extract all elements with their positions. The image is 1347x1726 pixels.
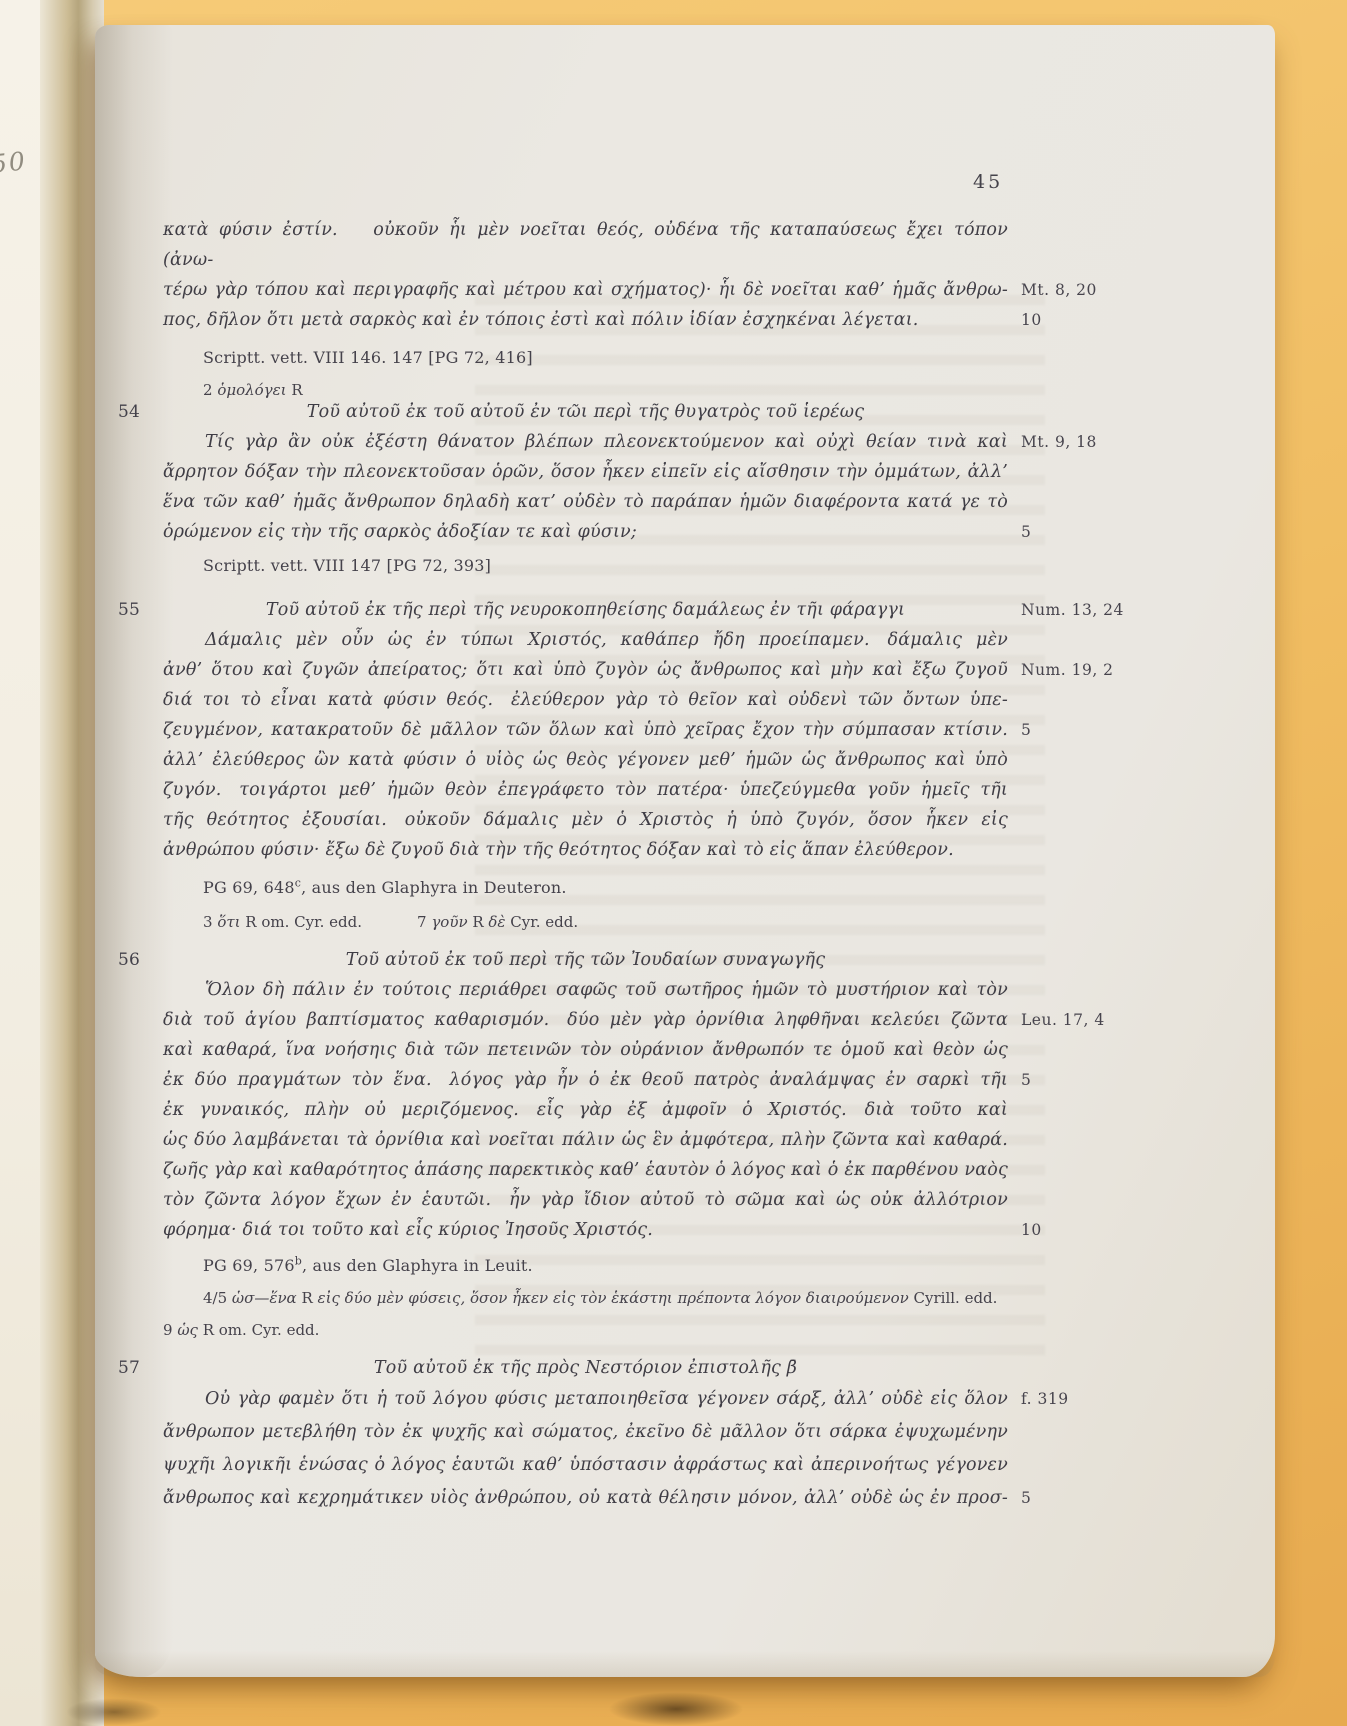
text-line: ἄνθρωπον μετεβλήθη τὸν ἐκ ψυχῆς καὶ σώμα… [163, 1416, 1008, 1449]
line-text: Οὐ γὰρ φαμὲν ὅτι ἡ τοῦ λόγου φύσις μεταπ… [205, 1389, 1008, 1409]
line-text: ἄρρητον δόξαν τὴν πλεονεκτοῦσαν ὁρῶν, ὅσ… [163, 462, 1008, 482]
text-line: ἀνθρώπου φύσιν· ἔξω δὲ ζυγοῦ διὰ τὴν τῆς… [163, 835, 1008, 865]
text-block: 54Τοῦ αὐτοῦ ἐκ τοῦ αὐτοῦ ἐν τῶι περὶ τῆς… [163, 397, 1008, 581]
source-citation: PG 69, 576b, aus den Glaphyra in Leuit. [163, 1251, 1008, 1281]
text-segment: Cyrill. edd. [914, 1289, 998, 1307]
text-segment: , aus den Glaphyra in Leuit. [302, 1256, 533, 1275]
text-line: τέρω γὰρ τόπου καὶ περιγραφῆς καὶ μέτρου… [163, 275, 1008, 305]
fragment-heading: 57Τοῦ αὐτοῦ ἐκ τῆς πρὸς Νεστόριον ἐπιστο… [163, 1353, 1008, 1383]
text-segment: Cyr. edd. [510, 913, 578, 931]
text-line: κατὰ φύσιν ἐστίν. οὐκοῦν ἧι μὲν νοεῖται … [163, 215, 1008, 275]
line-text: ἐκ δύο πραγμάτων τὸν ἕνα. λόγος γὰρ ἦν ὁ… [163, 1070, 1008, 1090]
backdrop-shadow-mark [608, 1692, 744, 1726]
margin-reference: Num. 19, 2 [1021, 655, 1151, 685]
source-citation: Scriptt. vett. VIII 147 [PG 72, 393] [163, 551, 1008, 581]
fragment-heading: 54Τοῦ αὐτοῦ ἐκ τοῦ αὐτοῦ ἐν τῶι περὶ τῆς… [163, 397, 1008, 427]
text-line: διὰ τοῦ ἁγίου βαπτίσματος καθαρισμόν. δύ… [163, 1005, 1008, 1035]
text-segment: εἰς δύο μὲν φύσεις, ὅσον ἧκεν εἰς τὸν ἑκ… [318, 1289, 914, 1307]
line-text: ψυχῆι λογικῆι ἑνώσας ὁ λόγος ἑαυτῶι καθ’… [163, 1455, 1008, 1475]
line-text: Ὅλον δὴ πάλιν ἐν τούτοις περιάθρει σαφῶς… [205, 980, 1008, 1000]
apparatus-line: 4/5 ὡσ—ἕνα R εἰς δύο μὲν φύσεις, ὅσον ἧκ… [163, 1283, 1008, 1313]
line-text: πος, δῆλον ὅτι μετὰ σαρκὸς καὶ ἐν τόποις… [163, 310, 919, 330]
fragment-number: 56 [118, 945, 140, 975]
line-text: ζευγμένον, κατακρατοῦν δὲ μᾶλλον τῶν ὅλω… [163, 720, 1008, 740]
line-text: τῆς θεότητος ἐξουσίαι. οὐκοῦν δάμαλις μὲ… [163, 810, 1008, 830]
line-text: ἄνθρωπος καὶ κεχρημάτικεν υἱὸς ἀνθρώπου,… [163, 1488, 1008, 1508]
text-segment: , aus den Glaphyra in Deuteron. [301, 878, 567, 897]
facing-page-number: 50 [0, 146, 28, 179]
line-text: ἐκ γυναικός, πλὴν οὐ μεριζόμενος. εἷς γὰ… [163, 1100, 1008, 1120]
text-segment: γοῦν [431, 913, 472, 931]
text-line: Ὅλον δὴ πάλιν ἐν τούτοις περιάθρει σαφῶς… [163, 975, 1008, 1005]
line-text: ἀνθ’ ὅτου καὶ ζυγῶν ἀπείρατος; ὅτι καὶ ὑ… [163, 660, 1008, 680]
line-text: τέρω γὰρ τόπου καὶ περιγραφῆς καὶ μέτρου… [163, 280, 1008, 300]
text-segment: R om. Cyr. edd. [203, 1321, 320, 1339]
line-text: ἀνθρώπου φύσιν· ἔξω δὲ ζυγοῦ διὰ τὴν τῆς… [163, 840, 954, 860]
fragment-heading-text: Τοῦ αὐτοῦ ἐκ τῆς πρὸς Νεστόριον ἐπιστολῆ… [374, 1358, 797, 1378]
line-text: καὶ καθαρά, ἵνα νοήσηις διὰ τῶν πετεινῶν… [163, 1040, 1008, 1060]
text-line: τὸν ζῶντα λόγον ἔχων ἐν ἑαυτῶι. ἦν γὰρ ἴ… [163, 1185, 1008, 1215]
book-page: 45 κατὰ φύσιν ἐστίν. οὐκοῦν ἧι μὲν νοεῖτ… [95, 25, 1275, 1677]
backdrop-shadow-mark [66, 1698, 162, 1726]
text-line: φόρημα· διά τοι τοῦτο καὶ εἷς κύριος Ἰησ… [163, 1215, 1008, 1245]
line-text: τὸν ζῶντα λόγον ἔχων ἐν ἑαυτῶι. ἦν γὰρ ἴ… [163, 1190, 1008, 1210]
margin-reference: 5 [1021, 1482, 1151, 1515]
text-line: ἐκ γυναικός, πλὴν οὐ μεριζόμενος. εἷς γὰ… [163, 1095, 1008, 1125]
line-text: ἄνθρωπον μετεβλήθη τὸν ἐκ ψυχῆς καὶ σώμα… [163, 1422, 1008, 1442]
text-segment: 3 [203, 913, 217, 931]
superscript-letter: b [295, 1255, 302, 1268]
line-text: ἕνα τῶν καθ’ ἡμᾶς ἄνθρωπον δηλαδὴ κατ’ ο… [163, 492, 1008, 512]
text-content: κατὰ φύσιν ἐστίν. οὐκοῦν ἧι μὲν νοεῖται … [163, 215, 1008, 1515]
text-line: Οὐ γὰρ φαμὲν ὅτι ἡ τοῦ λόγου φύσις μεταπ… [163, 1383, 1008, 1416]
text-line: ἐκ δύο πραγμάτων τὸν ἕνα. λόγος γὰρ ἦν ὁ… [163, 1065, 1008, 1095]
page-number: 45 [973, 171, 1003, 193]
margin-reference: 5 [1021, 1065, 1151, 1095]
text-segment: Scriptt. vett. VIII 146. 147 [PG 72, 416… [203, 348, 533, 367]
source-citation: Scriptt. vett. VIII 146. 147 [PG 72, 416… [163, 343, 1008, 373]
text-line: ὁρώμενον εἰς τὴν τῆς σαρκὸς ἀδοξίαν τε κ… [163, 517, 1008, 547]
margin-reference: 10 [1021, 1215, 1151, 1245]
text-segment: ὡσ—ἕνα [232, 1289, 302, 1307]
apparatus-line: 3 ὅτι R om. Cyr. edd.7 γοῦν R δὲ Cyr. ed… [163, 907, 1008, 937]
line-text: διά τοι τὸ εἶναι κατὰ φύσιν θεός. ἐλεύθε… [163, 690, 1008, 710]
margin-reference: 10 [1021, 305, 1151, 335]
fragment-heading: 56Τοῦ αὐτοῦ ἐκ τοῦ περὶ τῆς τῶν Ἰουδαίων… [163, 945, 1008, 975]
text-segment: ὅτι [217, 913, 245, 931]
text-segment: 9 [163, 1321, 177, 1339]
text-segment: R om. Cyr. edd. [245, 913, 362, 931]
fragment-number: 55 [118, 595, 140, 625]
line-text: ζωῆς γὰρ καὶ καθαρότητος ἁπάσης παρεκτικ… [163, 1160, 1008, 1180]
margin-reference: Num. 13, 24 [1021, 595, 1151, 625]
text-line: ζυγόν. τοιγάρτοι μεθ’ ἡμῶν θεὸν ἐπεγράφε… [163, 775, 1008, 805]
margin-reference: 5 [1021, 517, 1151, 547]
margin-reference: f. 319 [1021, 1383, 1151, 1416]
text-segment: R [472, 913, 488, 931]
margin-reference: Leu. 17, 4 [1021, 1005, 1151, 1035]
text-line: ζευγμένον, κατακρατοῦν δὲ μᾶλλον τῶν ὅλω… [163, 715, 1008, 745]
text-line: ὡς δύο λαμβάνεται τὰ ὀρνίθια καὶ νοεῖται… [163, 1125, 1008, 1155]
fragment-heading-text: Τοῦ αὐτοῦ ἐκ τοῦ περὶ τῆς τῶν Ἰουδαίων σ… [346, 950, 826, 970]
fragment-number: 54 [118, 397, 140, 427]
text-line: ψυχῆι λογικῆι ἑνώσας ὁ λόγος ἑαυτῶι καθ’… [163, 1449, 1008, 1482]
apparatus-entry: 7 γοῦν R δὲ Cyr. edd. [417, 907, 578, 937]
text-line: Δάμαλις μὲν οὖν ὡς ἐν τύπωι Χριστός, καθ… [163, 625, 1008, 655]
text-line: ἀνθ’ ὅτου καὶ ζυγῶν ἀπείρατος; ὅτι καὶ ὑ… [163, 655, 1008, 685]
text-line: Τίς γὰρ ἂν οὐκ ἐξέστη θάνατον βλέπων πλε… [163, 427, 1008, 457]
margin-reference: Mt. 8, 20 [1021, 275, 1151, 305]
text-block: 55Τοῦ αὐτοῦ ἐκ τῆς περὶ τῆς νευροκοπηθεί… [163, 595, 1008, 937]
text-line: ἄνθρωπος καὶ κεχρημάτικεν υἱὸς ἀνθρώπου,… [163, 1482, 1008, 1515]
fragment-number: 57 [118, 1353, 140, 1383]
fragment-heading: 55Τοῦ αὐτοῦ ἐκ τῆς περὶ τῆς νευροκοπηθεί… [163, 595, 1008, 625]
text-segment: 7 [417, 913, 431, 931]
text-segment: Scriptt. vett. VIII 147 [PG 72, 393] [203, 556, 491, 575]
apparatus-entry: 4/5 ὡσ—ἕνα R εἰς δύο μὲν φύσεις, ὅσον ἧκ… [203, 1283, 997, 1313]
apparatus-entry: 3 ὅτι R om. Cyr. edd. [203, 907, 362, 937]
fragment-heading-text: Τοῦ αὐτοῦ ἐκ τῆς περὶ τῆς νευροκοπηθείση… [266, 600, 905, 620]
text-block: 57Τοῦ αὐτοῦ ἐκ τῆς πρὸς Νεστόριον ἐπιστο… [163, 1353, 1008, 1515]
text-segment: PG 69, 576 [203, 1256, 295, 1275]
text-line: πος, δῆλον ὅτι μετὰ σαρκὸς καὶ ἐν τόποις… [163, 305, 1008, 335]
text-line: καὶ καθαρά, ἵνα νοήσηις διὰ τῶν πετεινῶν… [163, 1035, 1008, 1065]
text-line: διά τοι τὸ εἶναι κατὰ φύσιν θεός. ἐλεύθε… [163, 685, 1008, 715]
text-block: 56Τοῦ αὐτοῦ ἐκ τοῦ περὶ τῆς τῶν Ἰουδαίων… [163, 945, 1008, 1345]
source-citation: PG 69, 648c, aus den Glaphyra in Deutero… [163, 873, 1008, 903]
text-line: ζωῆς γὰρ καὶ καθαρότητος ἁπάσης παρεκτικ… [163, 1155, 1008, 1185]
text-line: ἕνα τῶν καθ’ ἡμᾶς ἄνθρωπον δηλαδὴ κατ’ ο… [163, 487, 1008, 517]
text-segment: δὲ [488, 913, 510, 931]
margin-reference: 5 [1021, 715, 1151, 745]
line-text: κατὰ φύσιν ἐστίν. οὐκοῦν ἧι μὲν νοεῖται … [163, 220, 1008, 270]
text-line: ἀλλ’ ἐλεύθερος ὢν κατὰ φύσιν ὁ υἱὸς ὡς θ… [163, 745, 1008, 775]
apparatus-line: 9 ὡς R om. Cyr. edd. [163, 1315, 1008, 1345]
apparatus-entry: 9 ὡς R om. Cyr. edd. [163, 1315, 319, 1345]
line-text: φόρημα· διά τοι τοῦτο καὶ εἷς κύριος Ἰησ… [163, 1220, 653, 1240]
text-segment: 4/5 [203, 1289, 232, 1307]
text-segment: PG 69, 648 [203, 878, 295, 897]
line-text: ἀλλ’ ἐλεύθερος ὢν κατὰ φύσιν ὁ υἱὸς ὡς θ… [163, 750, 1008, 770]
line-text: ὁρώμενον εἰς τὴν τῆς σαρκὸς ἀδοξίαν τε κ… [163, 522, 637, 542]
text-segment: ὡς [177, 1321, 202, 1339]
fragment-heading-text: Τοῦ αὐτοῦ ἐκ τοῦ αὐτοῦ ἐν τῶι περὶ τῆς θ… [307, 402, 864, 422]
text-segment: R [301, 1289, 317, 1307]
book-photo-backdrop: 50 45 κατὰ φύσιν ἐστίν. οὐκοῦν ἧι μὲν νο… [0, 0, 1347, 1726]
line-text: διὰ τοῦ ἁγίου βαπτίσματος καθαρισμόν. δύ… [163, 1010, 1008, 1030]
line-text: Δάμαλις μὲν οὖν ὡς ἐν τύπωι Χριστός, καθ… [205, 630, 1008, 650]
margin-reference: Mt. 9, 18 [1021, 427, 1151, 457]
text-line: τῆς θεότητος ἐξουσίαι. οὐκοῦν δάμαλις μὲ… [163, 805, 1008, 835]
line-text: Τίς γὰρ ἂν οὐκ ἐξέστη θάνατον βλέπων πλε… [205, 432, 1008, 452]
line-text: ζυγόν. τοιγάρτοι μεθ’ ἡμῶν θεὸν ἐπεγράφε… [163, 780, 1008, 800]
line-text: ὡς δύο λαμβάνεται τὰ ὀρνίθια καὶ νοεῖται… [163, 1130, 1008, 1150]
text-block: κατὰ φύσιν ἐστίν. οὐκοῦν ἧι μὲν νοεῖται … [163, 215, 1008, 405]
text-line: ἄρρητον δόξαν τὴν πλεονεκτοῦσαν ὁρῶν, ὅσ… [163, 457, 1008, 487]
